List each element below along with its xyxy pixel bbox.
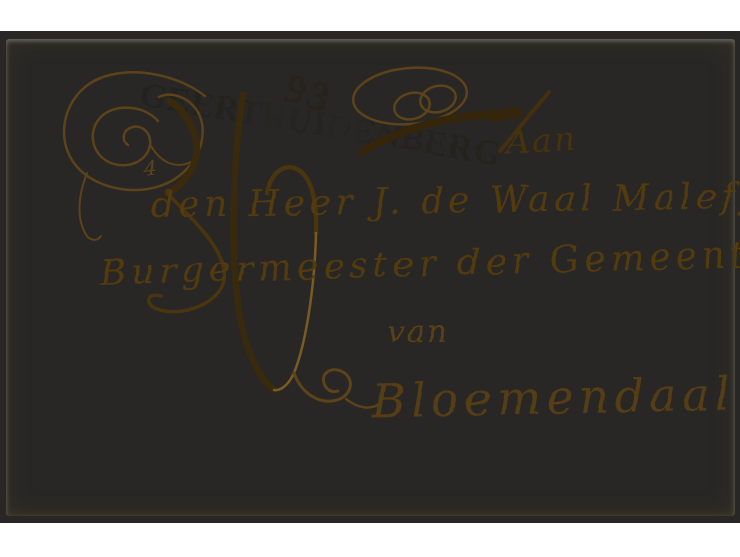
address-recipient: den Heer J. de Waal Malefyt [150,175,740,225]
auction-photo-background: 93 GEERTRUIDENBERG [0,0,740,557]
ink-overlay: 93 GEERTRUIDENBERG [0,0,740,557]
address-place: Bloemendaal - [369,365,740,427]
address-title: Burgermeester der Gemeente [97,233,740,293]
rate-mark-4: 4 [140,155,157,180]
address-connector: van [386,313,448,349]
address-salutation: Aan [501,117,577,161]
